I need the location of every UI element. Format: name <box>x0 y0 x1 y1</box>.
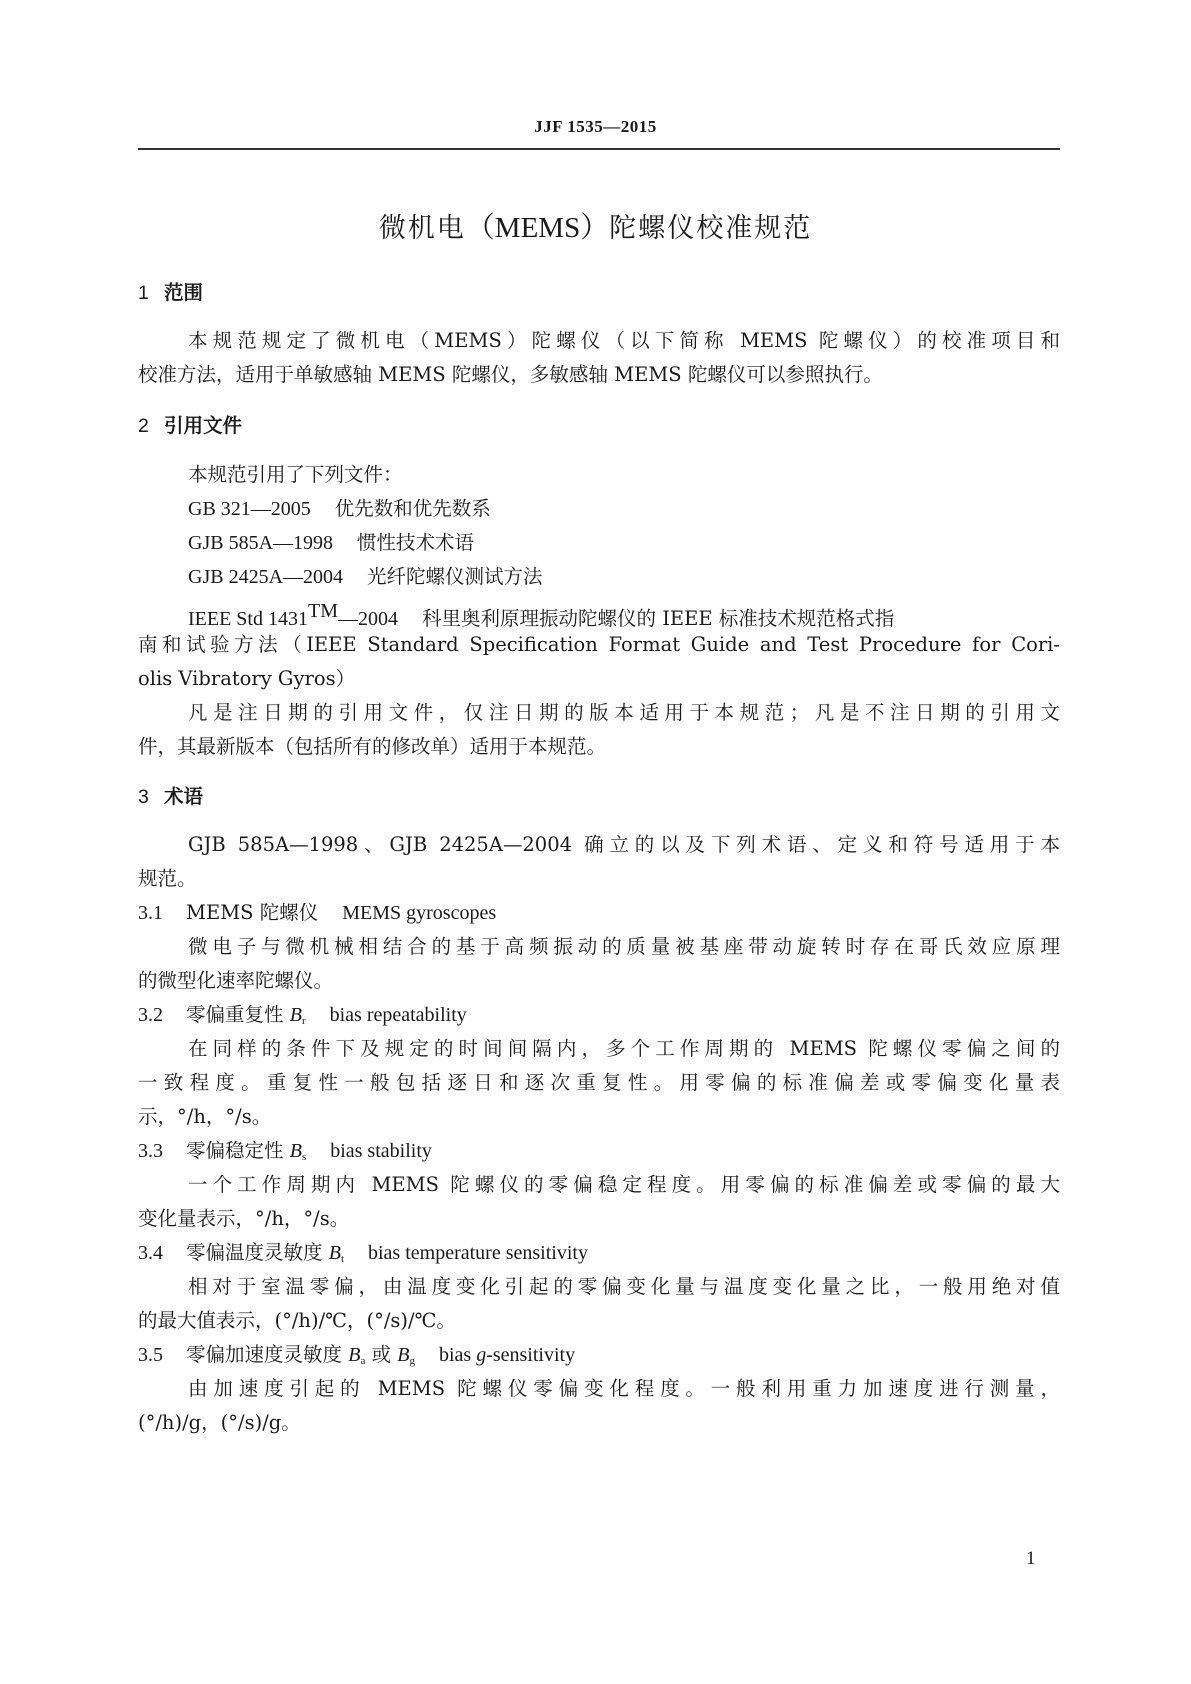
reference-title: 优先数和优先数系 <box>335 497 491 520</box>
reference-title: 惯性技术术语 <box>357 531 474 554</box>
document-title: 微机电（MEMS）陀螺仪校准规范 <box>0 205 1191 246</box>
reference-item: GJB 2425A—2004光纤陀螺仪测试方法 <box>188 564 1060 590</box>
term-cn: 零偏稳定性 <box>186 1139 284 1162</box>
term-cn: MEMS 陀螺仪 <box>186 901 318 924</box>
section-title: 范围 <box>164 281 203 304</box>
reference-item: GB 321—2005优先数和优先数系 <box>188 496 1060 522</box>
paragraph-line: olis Vibratory Gyros） <box>138 666 1060 692</box>
reference-item: GJB 585A—1998惯性技术术语 <box>188 530 1060 556</box>
section-number: 3 <box>138 784 164 810</box>
section-title: 术语 <box>164 785 203 808</box>
reference-code: GB 321—2005 <box>188 498 311 520</box>
term-cn: 零偏加速度灵敏度 <box>186 1343 342 1366</box>
term-number: 3.4 <box>138 1240 186 1266</box>
section-heading-terms: 3术语 <box>138 784 203 810</box>
term-definition-line: 示，°/h，°/s。 <box>138 1104 1060 1130</box>
header-rule <box>138 148 1060 150</box>
paragraph-line: 件，其最新版本（包括所有的修改单）适用于本规范。 <box>138 734 1060 760</box>
term-connector: 或 <box>372 1343 392 1366</box>
term-definition-line: 相对于室温零偏，由温度变化引起的零偏变化量与温度变化量之比，一般用绝对值 <box>188 1274 1060 1300</box>
term-definition-line: 一致程度。重复性一般包括逐日和逐次重复性。用零偏的标准偏差或零偏变化量表 <box>138 1070 1060 1096</box>
title-latin: （MEMS） <box>466 212 609 244</box>
reference-title-cont: 南和试验方法（IEEE Standard Specification Forma… <box>138 633 1060 656</box>
document-page: JJF 1535—2015 微机电（MEMS）陀螺仪校准规范 1范围 本规范规定… <box>0 0 1191 1684</box>
section-number: 2 <box>138 413 164 439</box>
term-definition-line: 变化量表示，°/h，°/s。 <box>138 1206 1060 1232</box>
reference-code: GJB 585A—1998 <box>188 532 333 554</box>
reference-code: IEEE Std 1431 <box>188 608 308 630</box>
term-number: 3.2 <box>138 1002 186 1028</box>
term-symbol: Bs <box>290 1140 307 1162</box>
section-title: 引用文件 <box>164 414 242 437</box>
term-definition-line: 在同样的条件下及规定的时间间隔内，多个工作周期的 MEMS 陀螺仪零偏之间的 <box>188 1036 1060 1062</box>
running-header-standard-code: JJF 1535—2015 <box>0 117 1191 137</box>
paragraph-line: 本规范规定了微机电（MEMS）陀螺仪（以下简称 MEMS 陀螺仪）的校准项目和 <box>188 328 1060 354</box>
term-symbol: Ba <box>348 1344 365 1366</box>
term-cn: 零偏重复性 <box>186 1003 284 1026</box>
term-definition-line: 微电子与微机械相结合的基于高频振动的质量被基座带动旋转时存在哥氏效应原理 <box>188 934 1060 960</box>
title-prefix: 微机电 <box>379 213 466 244</box>
paragraph-line: GJB 585A—1998、GJB 2425A—2004 确立的以及下列术语、定… <box>188 832 1060 858</box>
paragraph-line: 南和试验方法（IEEE Standard Specification Forma… <box>138 632 1060 658</box>
term-heading: 3.3零偏稳定性 Bsbias stability <box>138 1138 1060 1170</box>
section-number: 1 <box>138 280 164 306</box>
term-definition-line: 一个工作周期内 MEMS 陀螺仪的零偏稳定程度。用零偏的标准偏差或零偏的最大 <box>188 1172 1060 1198</box>
term-en: bias stability <box>330 1140 432 1162</box>
term-cn: 零偏温度灵敏度 <box>186 1241 323 1264</box>
term-definition-line: (°/h)/g，(°/s)/g。 <box>138 1410 1060 1436</box>
trademark-superscript: TM <box>308 600 338 622</box>
paragraph-line: 校准方法，适用于单敏感轴 MEMS 陀螺仪，多敏感轴 MEMS 陀螺仪可以参照执… <box>138 362 1060 388</box>
section-heading-scope: 1范围 <box>138 280 203 306</box>
term-heading: 3.1MEMS 陀螺仪MEMS gyroscopes <box>138 900 1060 926</box>
term-symbol-alt: Bg <box>397 1344 415 1366</box>
page-number: 1 <box>1026 1548 1036 1570</box>
reference-title: 科里奥利原理振动陀螺仪的 IEEE 标准技术规范格式指 <box>422 607 894 630</box>
term-en: bias temperature sensitivity <box>368 1242 588 1264</box>
reference-title: 光纤陀螺仪测试方法 <box>367 565 543 588</box>
term-number: 3.5 <box>138 1342 186 1368</box>
term-en: bias g-sensitivity <box>439 1344 575 1366</box>
term-en: MEMS gyroscopes <box>342 902 496 924</box>
title-suffix: 陀螺仪校准规范 <box>609 213 812 244</box>
term-symbol: Br <box>290 1004 306 1026</box>
term-symbol: Bt <box>329 1242 344 1264</box>
term-heading: 3.2零偏重复性 Brbias repeatability <box>138 1002 1060 1034</box>
term-definition-line: 由加速度引起的 MEMS 陀螺仪零偏变化程度。一般利用重力加速度进行测量， <box>188 1376 1060 1402</box>
term-heading: 3.4零偏温度灵敏度 Btbias temperature sensitivit… <box>138 1240 1060 1272</box>
term-definition-line: 的微型化速率陀螺仪。 <box>138 968 1060 994</box>
paragraph-line: 本规范引用了下列文件： <box>188 462 1060 488</box>
term-en: bias repeatability <box>330 1004 467 1026</box>
paragraph-line: 凡是注日期的引用文件，仅注日期的版本适用于本规范；凡是不注日期的引用文 <box>188 700 1060 726</box>
term-number: 3.3 <box>138 1138 186 1164</box>
paragraph-line: 规范。 <box>138 866 1060 892</box>
term-number: 3.1 <box>138 900 186 926</box>
section-heading-references: 2引用文件 <box>138 413 242 439</box>
term-heading: 3.5零偏加速度灵敏度 Ba 或 Bgbias g-sensitivity <box>138 1342 1060 1374</box>
reference-code-year: —2004 <box>338 608 398 630</box>
reference-item-ieee: IEEE Std 1431TM—2004科里奥利原理振动陀螺仪的 IEEE 标准… <box>188 598 1060 632</box>
term-definition-line: 的最大值表示，(°/h)/℃，(°/s)/℃。 <box>138 1308 1060 1334</box>
reference-code: GJB 2425A—2004 <box>188 566 343 588</box>
